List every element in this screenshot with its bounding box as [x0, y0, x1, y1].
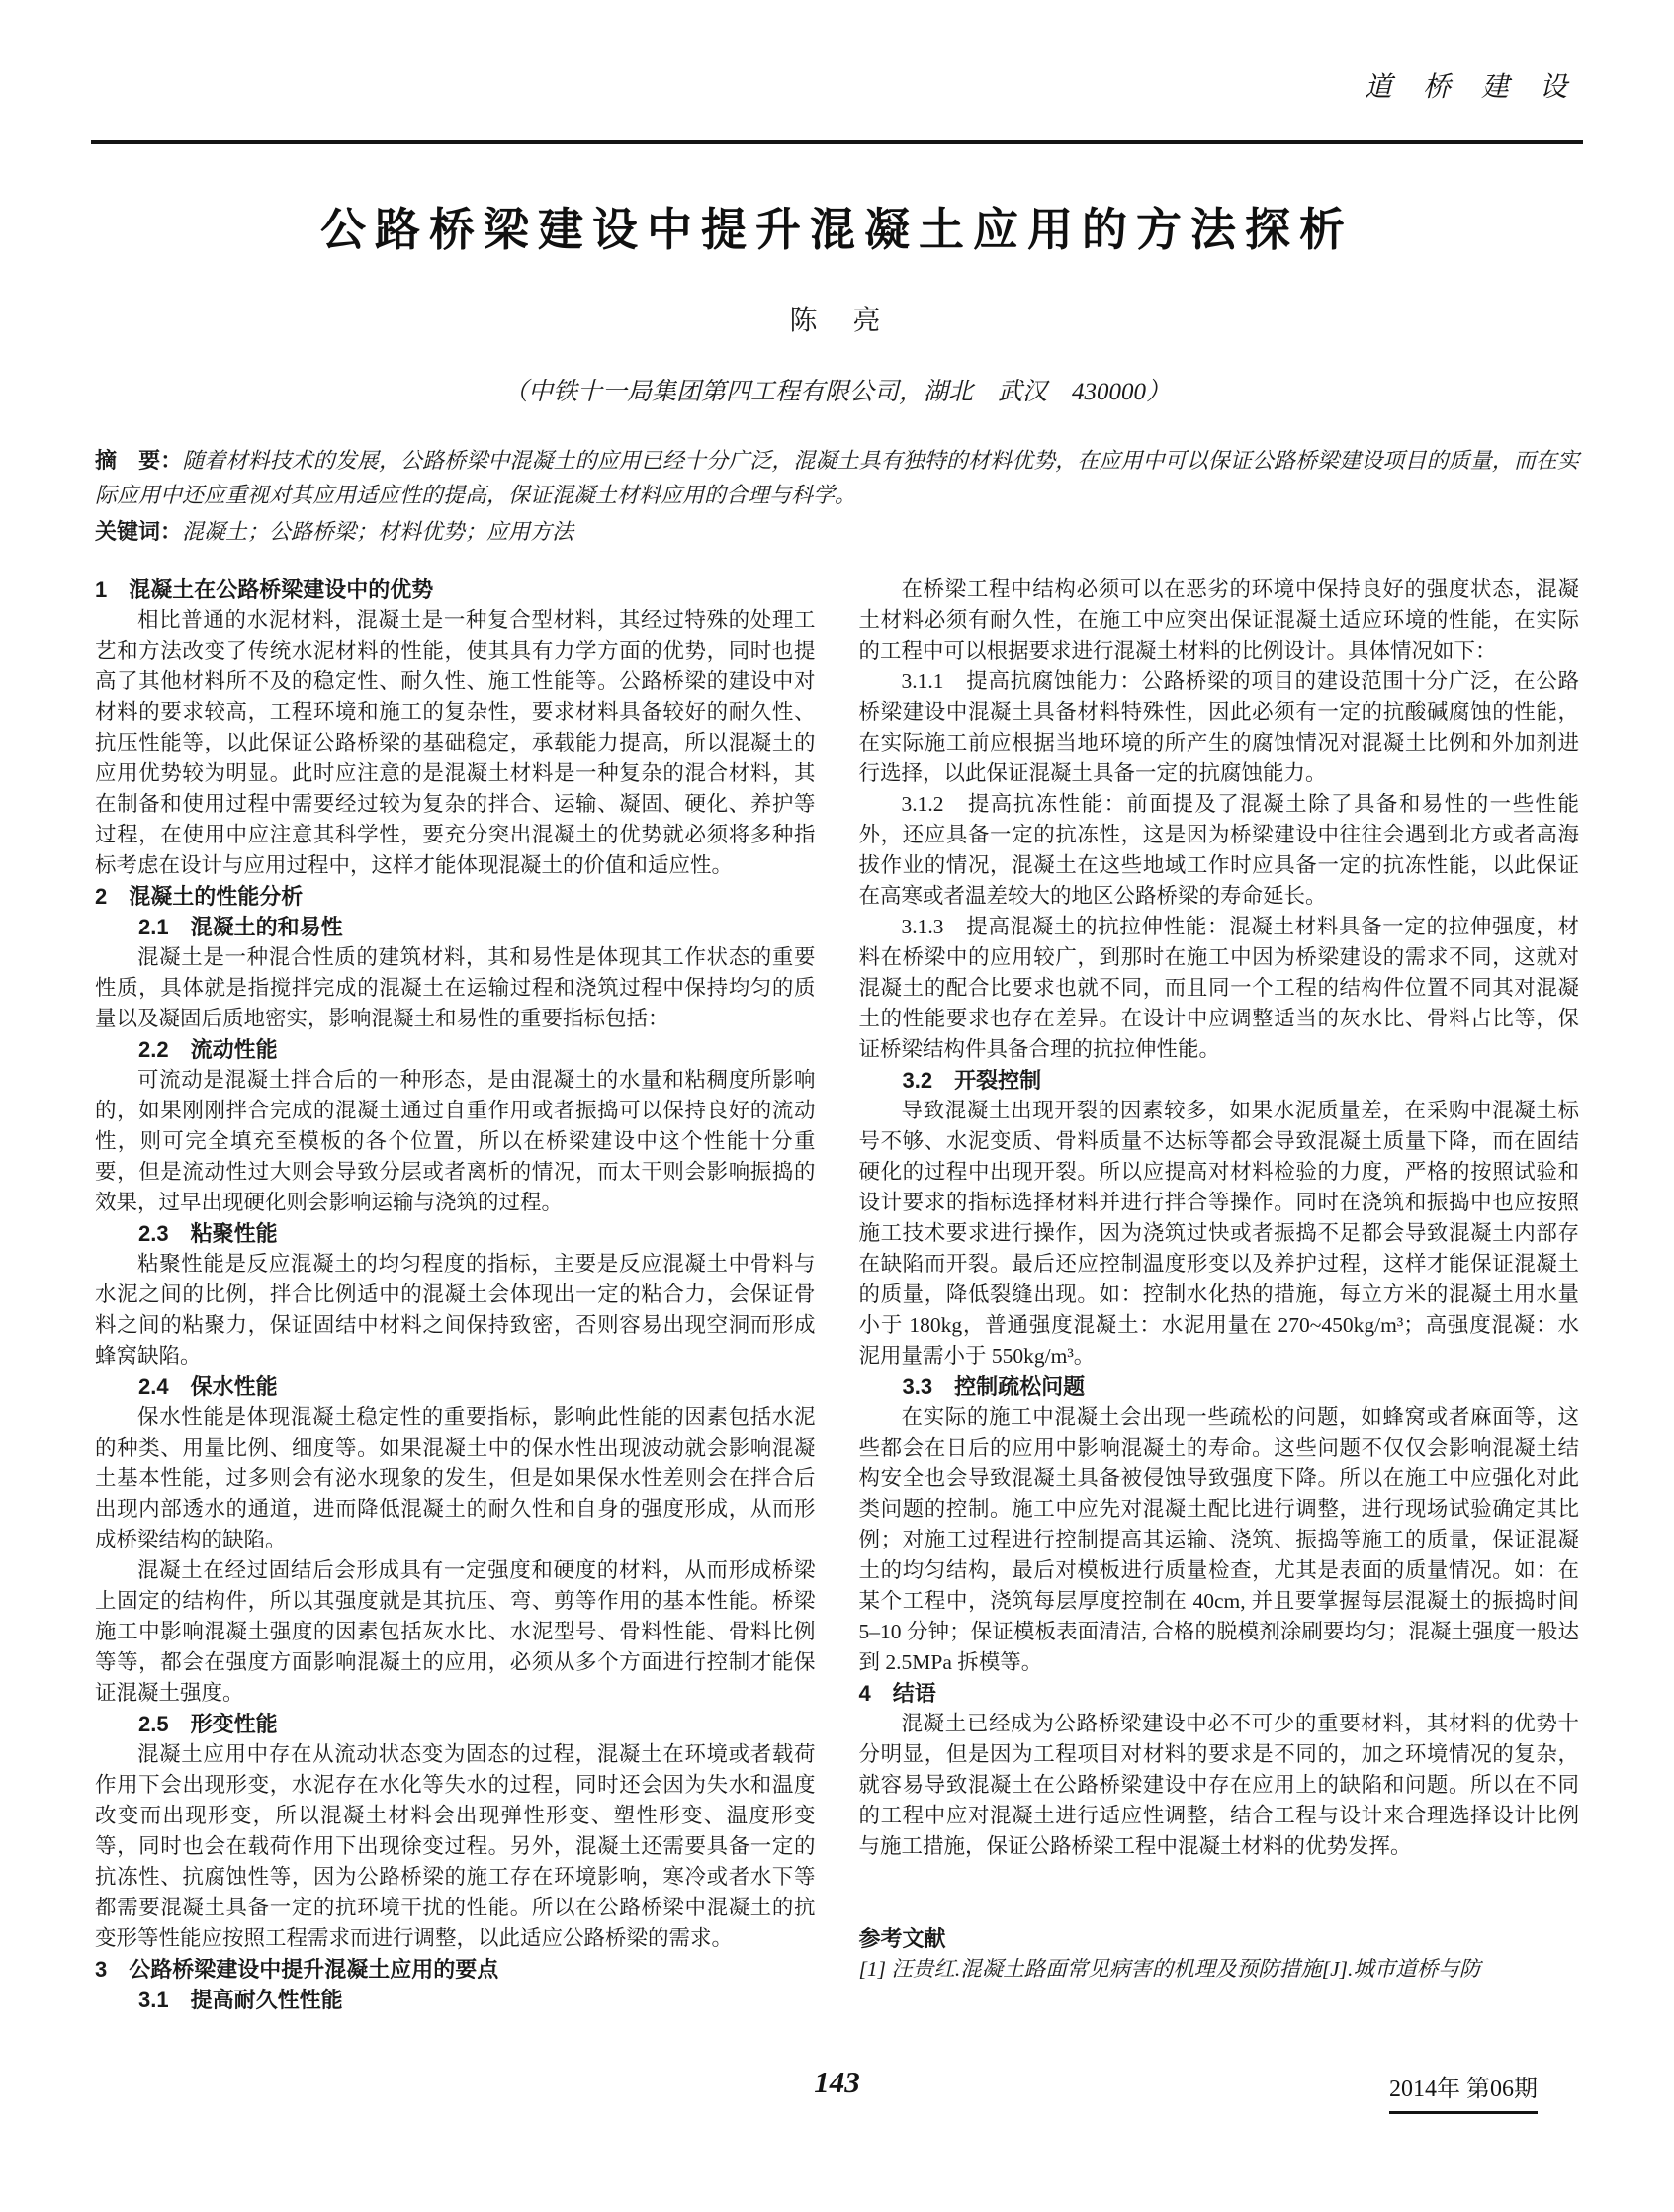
body-columns: 1 混凝土在公路桥梁建设中的优势相比普通的水泥材料，混凝土是一种复合型材料，其经…: [95, 575, 1579, 2015]
section-2-2-heading: 2.2 流动性能: [95, 1034, 816, 1065]
paragraph: 在实际的施工中混凝土会出现一些疏松的问题，如蜂窝或者麻面等，这些都会在日后的应用…: [859, 1402, 1580, 1678]
paragraph: 导致混凝土出现开裂的因素较多，如果水泥质量差，在采购中混凝土标号不够、水泥变质、…: [859, 1096, 1580, 1371]
section-2-heading: 2 混凝土的性能分析: [95, 881, 816, 912]
section-4-heading: 4 结语: [859, 1678, 1580, 1709]
abstract: 摘 要：随着材料技术的发展，公路桥梁中混凝土的应用已经十分广泛，混凝土具有独特的…: [95, 443, 1579, 512]
right-column: 在桥梁工程中结构必须可以在恶劣的环境中保持良好的强度状态，混凝土材料必须有耐久性…: [859, 575, 1580, 2015]
left-column: 1 混凝土在公路桥梁建设中的优势相比普通的水泥材料，混凝土是一种复合型材料，其经…: [95, 575, 816, 2015]
section-1-heading: 1 混凝土在公路桥梁建设中的优势: [95, 575, 816, 605]
abstract-label: 摘 要：: [95, 448, 182, 473]
paragraph: 在桥梁工程中结构必须可以在恶劣的环境中保持良好的强度状态，混凝土材料必须有耐久性…: [859, 575, 1580, 666]
page-title: 公路桥梁建设中提升混凝土应用的方法探析: [89, 194, 1585, 259]
section-2-3-heading: 2.3 粘聚性能: [95, 1218, 816, 1249]
header-rule: [91, 140, 1583, 144]
paragraph: 混凝土已经成为公路桥梁建设中必不可少的重要材料，其材料的优势十分明显，但是因为工…: [859, 1709, 1580, 1862]
author-name: 陈 亮: [0, 299, 1674, 338]
references-heading: 参考文献: [859, 1923, 1580, 1954]
keywords-label: 关键词：: [95, 519, 182, 544]
paragraph-3-1-1: 3.1.1 提高抗腐蚀能力：公路桥梁的项目的建设范围十分广泛，在公路桥梁建设中混…: [859, 666, 1580, 789]
section-3-3-heading: 3.3 控制疏松问题: [859, 1371, 1580, 1402]
paragraph: 混凝土在经过固结后会形成具有一定强度和硬度的材料，从而形成桥梁上固定的结构件，所…: [95, 1555, 816, 1709]
keywords: 关键词：混凝土；公路桥梁；材料优势；应用方法: [95, 514, 1579, 549]
section-3-1-heading: 3.1 提高耐久性性能: [95, 1985, 816, 2015]
paragraph: 可流动是混凝土拌合后的一种形态，是由混凝土的水量和粘稠度所影响的，如果刚刚拌合完…: [95, 1065, 816, 1218]
abstract-text: 随着材料技术的发展，公路桥梁中混凝土的应用已经十分广泛，混凝土具有独特的材料优势…: [95, 448, 1579, 507]
reference-item-1: [1] 汪贵红.混凝土路面常见病害的机理及预防措施[J].城市道桥与防: [859, 1954, 1580, 1985]
paragraph: 混凝土是一种混合性质的建筑材料，其和易性是体现其工作状态的重要性质，具体就是指搅…: [95, 942, 816, 1034]
paper-page: 道 桥 建 设 公路桥梁建设中提升混凝土应用的方法探析 陈 亮 （中铁十一局集团…: [0, 0, 1674, 2212]
author-affiliation: （中铁十一局集团第四工程有限公司，湖北 武汉 430000）: [0, 372, 1674, 407]
paragraph: 粘聚性能是反应混凝土的均匀程度的指标，主要是反应混凝土中骨料与水泥之间的比例，拌…: [95, 1249, 816, 1371]
section-3-2-heading: 3.2 开裂控制: [859, 1065, 1580, 1096]
issue-label: 2014年 第06期: [1389, 2069, 1538, 2114]
section-2-1-heading: 2.1 混凝土的和易性: [95, 912, 816, 942]
journal-header: 道 桥 建 设: [1365, 65, 1579, 105]
section-2-5-heading: 2.5 形变性能: [95, 1709, 816, 1739]
keywords-text: 混凝土；公路桥梁；材料优势；应用方法: [182, 519, 573, 544]
section-3-heading: 3 公路桥梁建设中提升混凝土应用的要点: [95, 1954, 816, 1985]
section-2-4-heading: 2.4 保水性能: [95, 1371, 816, 1402]
paragraph-3-1-3: 3.1.3 提高混凝土的抗拉伸性能：混凝土材料具备一定的拉伸强度，材料在桥梁中的…: [859, 912, 1580, 1065]
paragraph: 保水性能是体现混凝土稳定性的重要指标，影响此性能的因素包括水泥的种类、用量比例、…: [95, 1402, 816, 1555]
paragraph-3-1-2: 3.1.2 提高抗冻性能：前面提及了混凝土除了具备和易性的一些性能外，还应具备一…: [859, 789, 1580, 912]
paragraph: 混凝土应用中存在从流动状态变为固态的过程，混凝土在环境或者载荷作用下会出现形变，…: [95, 1739, 816, 1954]
paragraph: 相比普通的水泥材料，混凝土是一种复合型材料，其经过特殊的处理工艺和方法改变了传统…: [95, 605, 816, 881]
